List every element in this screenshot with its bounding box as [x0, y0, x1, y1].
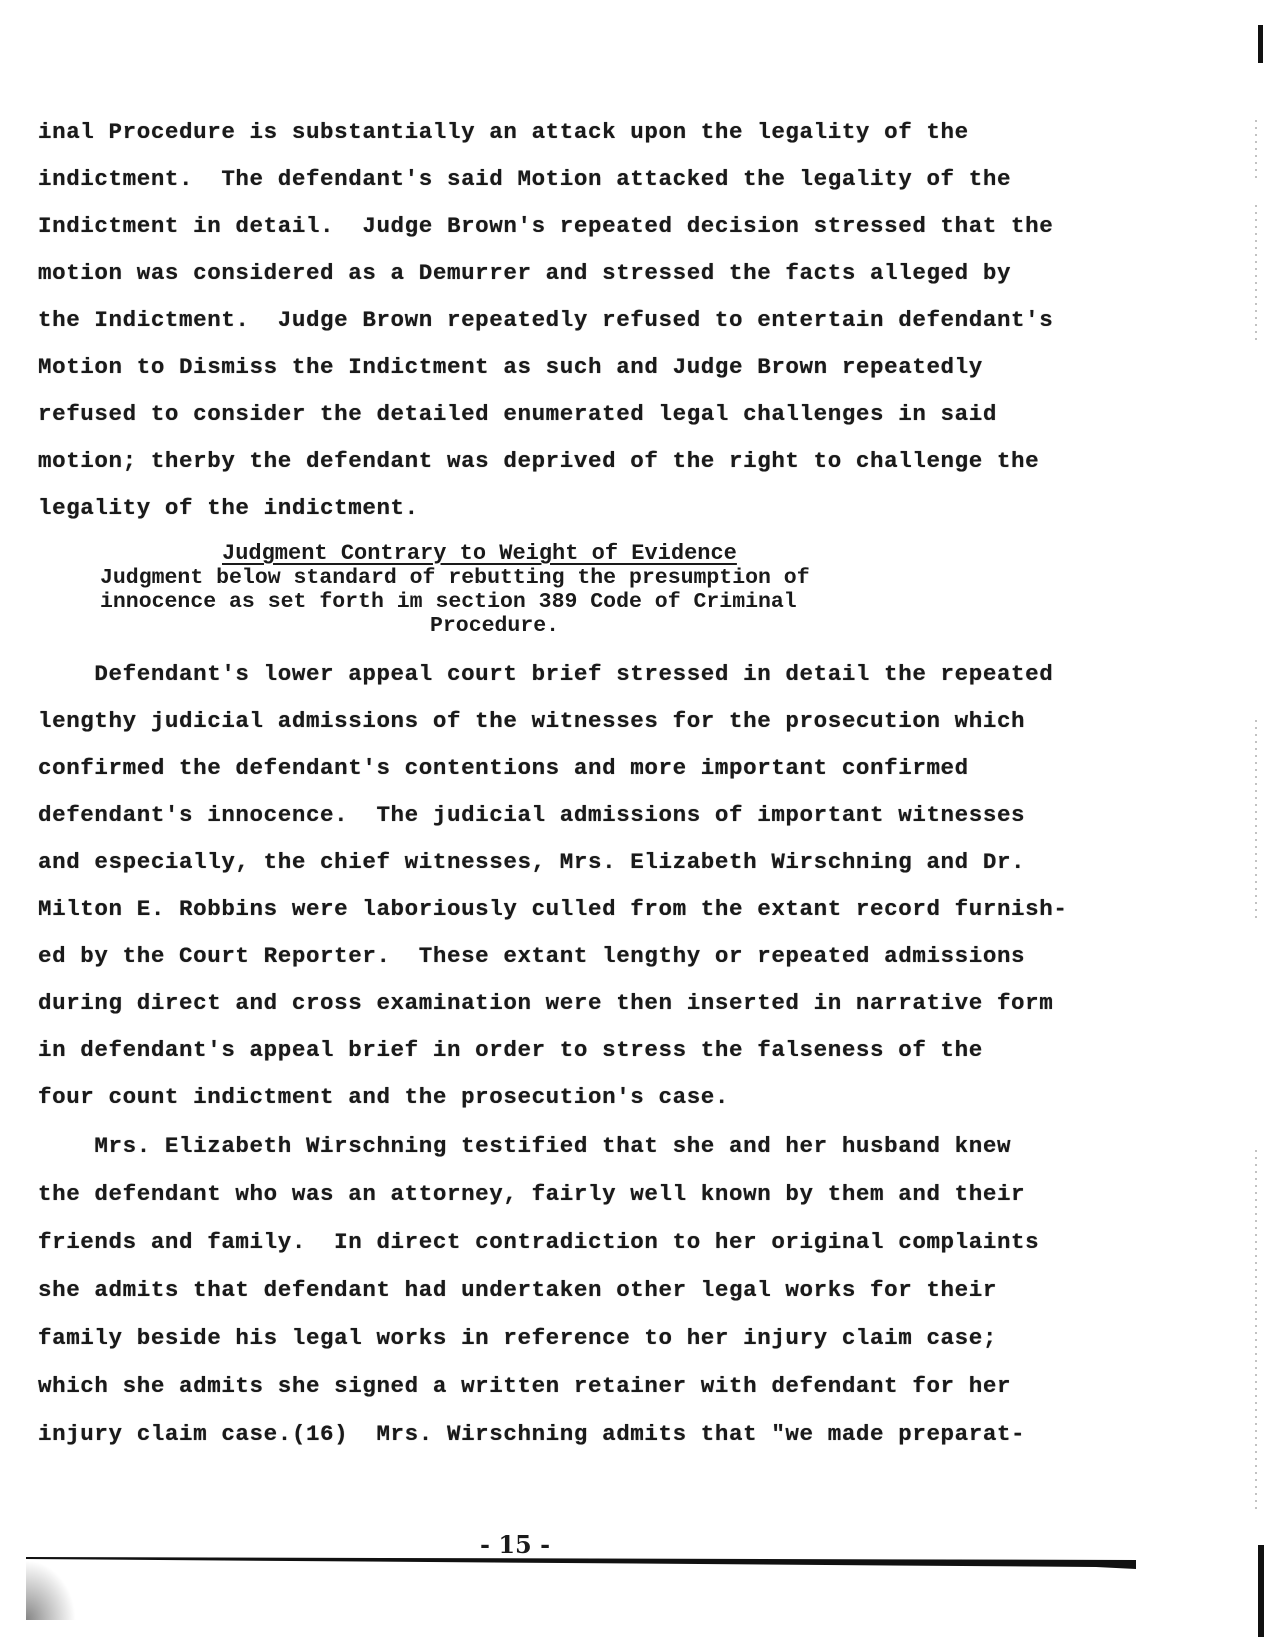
section-heading: Judgment Contrary to Weight of Evidence [222, 541, 737, 566]
scan-margin-mark [1258, 1545, 1264, 1637]
section-subheading-line: Procedure. [430, 614, 559, 638]
text-line: family beside his legal works in referen… [38, 1325, 997, 1351]
text-line: the defendant who was an attorney, fairl… [38, 1181, 1025, 1207]
text-line: she admits that defendant had undertaken… [38, 1277, 997, 1303]
text-line: Defendant's lower appeal court brief str… [38, 661, 1053, 687]
text-line: legality of the indictment. [38, 495, 419, 521]
scan-margin-mark [1258, 25, 1263, 63]
text-line: injury claim case.(16) Mrs. Wirschning a… [38, 1421, 1025, 1447]
text-line: lengthy judicial admissions of the witne… [38, 708, 1025, 734]
text-line: friends and family. In direct contradict… [38, 1229, 1039, 1255]
text-line: which she admits she signed a written re… [38, 1373, 1011, 1399]
text-line: during direct and cross examination were… [38, 990, 1053, 1016]
footer-rule [26, 1555, 1136, 1569]
text-line: Milton E. Robbins were laboriously culle… [38, 896, 1067, 922]
text-line: Motion to Dismiss the Indictment as such… [38, 354, 983, 380]
section-subheading-line: Judgment below standard of rebutting the… [100, 566, 810, 590]
text-line: Indictment in detail. Judge Brown's repe… [38, 213, 1053, 239]
text-line: the Indictment. Judge Brown repeatedly r… [38, 307, 1053, 333]
text-line: inal Procedure is substantially an attac… [38, 119, 969, 145]
text-line: motion; therby the defendant was deprive… [38, 448, 1039, 474]
text-line: ed by the Court Reporter. These extant l… [38, 943, 1025, 969]
text-line: motion was considered as a Demurrer and … [38, 260, 1011, 286]
scan-margin-speckle [1255, 1150, 1257, 1510]
scan-artifact [26, 1560, 76, 1620]
text-line: and especially, the chief witnesses, Mrs… [38, 849, 1025, 875]
text-line: refused to consider the detailed enumera… [38, 401, 997, 427]
section-subheading-line: innocence as set forth im section 389 Co… [100, 590, 797, 614]
text-line: Mrs. Elizabeth Wirschning testified that… [38, 1133, 1011, 1159]
scan-margin-speckle [1255, 120, 1257, 180]
text-line: defendant's innocence. The judicial admi… [38, 802, 1025, 828]
text-line: confirmed the defendant's contentions an… [38, 755, 969, 781]
text-line: in defendant's appeal brief in order to … [38, 1037, 983, 1063]
text-line: four count indictment and the prosecutio… [38, 1084, 729, 1110]
document-page: inal Procedure is substantially an attac… [0, 0, 1275, 1650]
text-line: indictment. The defendant's said Motion … [38, 166, 1011, 192]
scan-margin-speckle [1255, 205, 1257, 345]
scan-margin-speckle [1255, 720, 1257, 920]
